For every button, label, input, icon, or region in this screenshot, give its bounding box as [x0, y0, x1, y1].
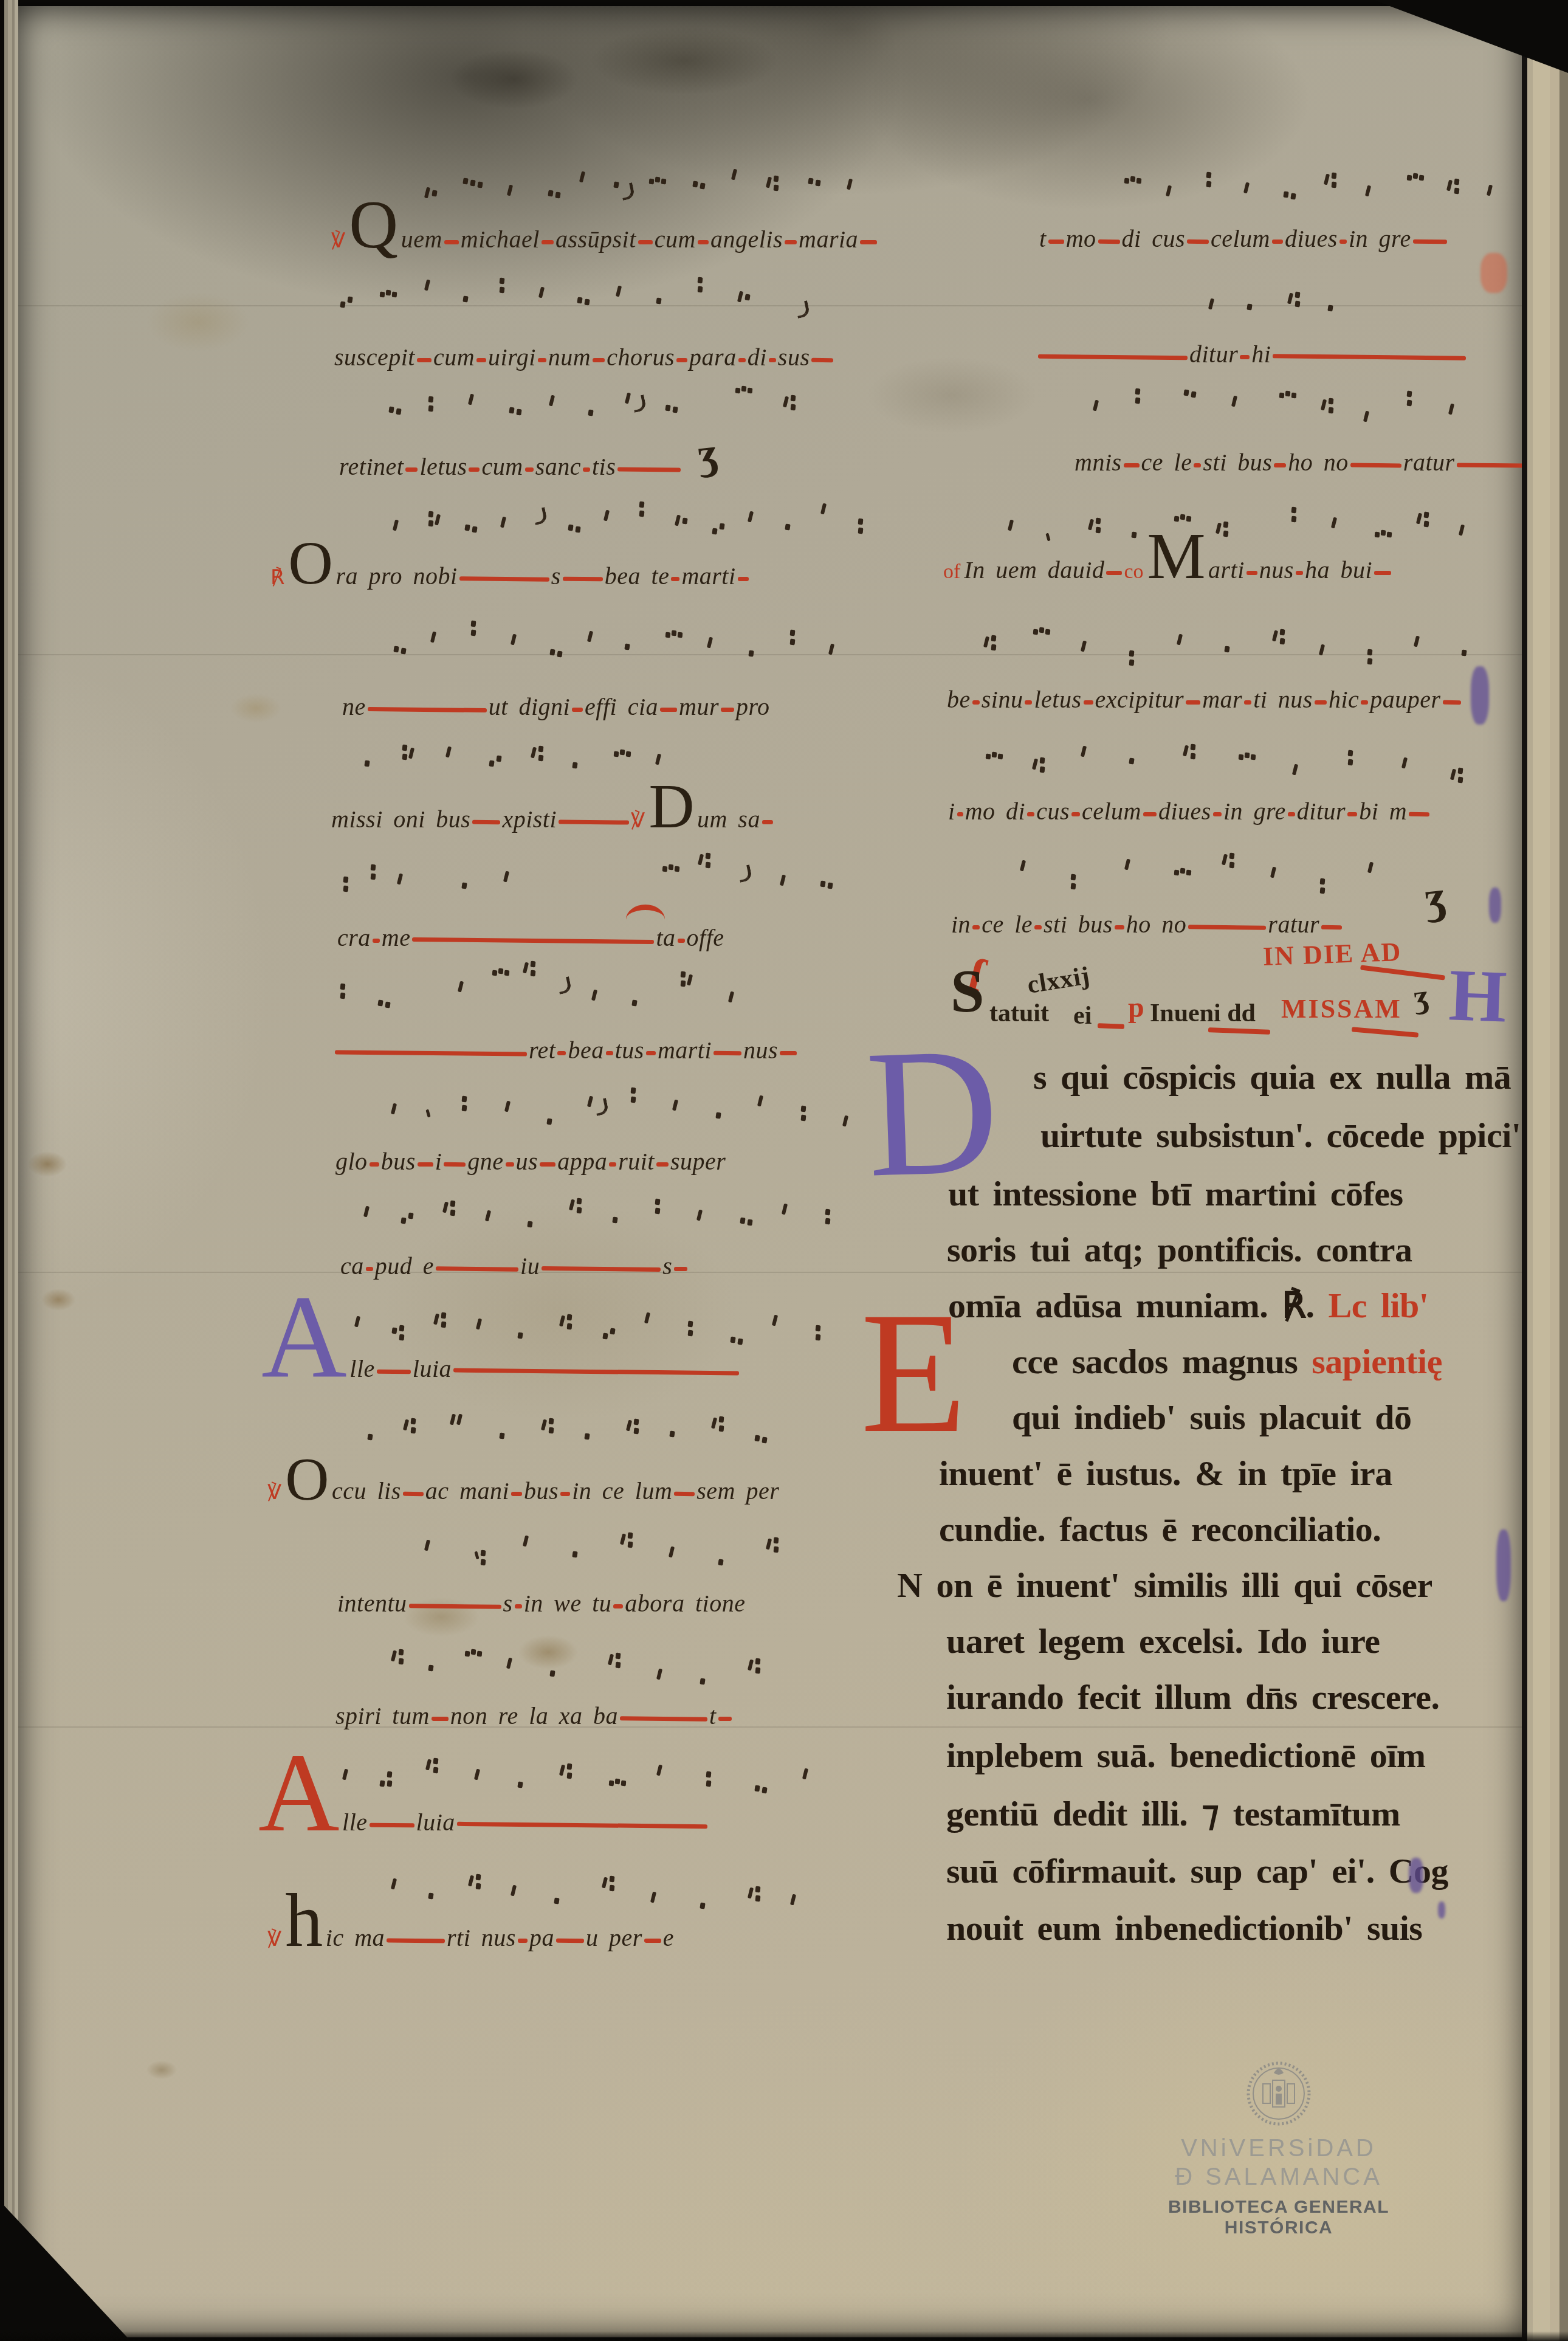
neume-mark: [1424, 521, 1429, 528]
red-extender-line: [572, 708, 583, 712]
manuscript-photo: VNiVERSiDAD Ð SALAMANCA BIBLIOTECA GENER…: [0, 0, 1568, 2341]
stamp-line-1: VNiVERSiDAD: [1140, 2135, 1417, 2162]
neume-mark: [991, 635, 997, 642]
chant-line-left-10: capud eius: [340, 1252, 689, 1280]
neume-mark: [441, 1312, 447, 1319]
neume-mark: [1039, 627, 1045, 633]
prose-initial-D: D: [864, 1038, 1001, 1185]
chant-word: retinet: [339, 453, 404, 480]
neume-mark: [1363, 411, 1369, 422]
neume-mark: [588, 409, 593, 416]
neume-mark: [655, 177, 661, 183]
neume-mark: [712, 528, 717, 534]
chant-word: rti nus: [447, 1924, 516, 1951]
chant-word: bea te: [605, 562, 670, 590]
neume-mark: [650, 1892, 656, 1903]
neume-mark: [737, 291, 743, 303]
neume-mark: [1096, 527, 1101, 534]
chant-word: di cus: [1122, 225, 1185, 252]
neume-mark: [614, 751, 619, 757]
neume-mark: [584, 1433, 590, 1439]
neume-mark: [1243, 182, 1250, 194]
red-extender-line: [1315, 700, 1327, 705]
neume-mark: [672, 1100, 678, 1111]
neume-mark: [820, 503, 827, 515]
neume-mark: [554, 1897, 559, 1904]
neume-mark: [399, 1649, 404, 1656]
rubric-text: Inueni dd: [1150, 1001, 1256, 1026]
neume-mark: [471, 630, 476, 636]
neume-mark: [656, 1765, 662, 1776]
prose-text: ut intessione btī martini cōfes: [948, 1174, 1403, 1213]
neume-mark: [816, 1325, 821, 1332]
neume-mark: [612, 1216, 617, 1223]
chant-word: diues: [1285, 225, 1338, 252]
chant-word: celum: [1082, 798, 1141, 825]
crease-line: [16, 305, 1527, 306]
neume-mark: [1287, 293, 1293, 305]
neume-mark: [1124, 859, 1130, 871]
chant-word: marti: [658, 1036, 712, 1064]
neume-mark: [1088, 519, 1094, 531]
chant-word: ic ma: [326, 1924, 385, 1951]
red-extender-line: [412, 937, 654, 944]
neume-mark: [1272, 630, 1278, 642]
chant-line-left-12: ℣Occu lisac manibusin ce lumsem per: [267, 1477, 779, 1507]
red-extender-line: [721, 708, 734, 712]
neume-mark: [672, 406, 678, 413]
red-extender-line: [518, 1939, 528, 1943]
neume-mark: [639, 511, 645, 517]
neume-mark: [688, 1321, 693, 1328]
red-extender-line: [444, 1162, 466, 1167]
neume-mark: [620, 1534, 626, 1545]
red-extender-line: [542, 240, 554, 244]
neume-mark: [628, 1533, 633, 1539]
neume-mark: [402, 745, 408, 751]
neume-mark: [471, 621, 476, 627]
red-extender-line: [1027, 812, 1034, 816]
neume-mark: [748, 388, 753, 394]
crease-line: [16, 1726, 1527, 1728]
neume-mark: [625, 393, 631, 404]
neume-mark: [696, 1210, 703, 1221]
neume-mark: [1407, 175, 1412, 181]
neume-mark: [549, 395, 555, 407]
chant-word: non re la xa ba: [450, 1702, 618, 1729]
neume-mark: [379, 1780, 385, 1787]
neume-mark: [424, 187, 430, 199]
neume-mark: [748, 511, 754, 523]
neume-mark: [399, 1334, 405, 1341]
neume-mark: [687, 974, 693, 986]
red-extender-line: [377, 1370, 411, 1374]
chant-word: in we tu: [524, 1590, 612, 1617]
neume-mark: [700, 182, 705, 189]
neume-mark: [399, 1325, 405, 1332]
neume-mark: [754, 1785, 760, 1791]
neume-mark: [462, 178, 468, 184]
neume-mark: [1446, 180, 1453, 191]
red-extender-line: [972, 700, 980, 705]
chant-word: ruit: [618, 1148, 655, 1175]
red-extender-line: [1443, 700, 1461, 705]
chant-line-left-13: intentusin we tuabora tione: [337, 1590, 745, 1618]
neume-mark: [1329, 398, 1334, 405]
red-extender-line: [671, 577, 679, 581]
prose-text: iurando fecit illum dn̄s crescere.: [946, 1677, 1440, 1717]
prose-line-4: soris tui atq; pontificis. contra: [947, 1232, 1412, 1268]
prose-text: gentiū dedit illi. ⁊ testamītum: [946, 1794, 1400, 1833]
chant-word: bea: [568, 1036, 603, 1064]
red-extender-line: [1360, 965, 1445, 980]
red-extender-line: [559, 819, 629, 824]
neume-mark: [603, 510, 610, 522]
neume-mark: [442, 1202, 449, 1213]
neume-mark: [465, 1651, 470, 1657]
chant-word: cra: [337, 924, 371, 951]
neume-mark: [1424, 512, 1429, 519]
neume-mark: [757, 1095, 763, 1107]
neume-mark: [433, 1314, 439, 1325]
neume-mark: [698, 277, 703, 284]
red-extender-line: [738, 577, 749, 581]
neume-mark: [1331, 517, 1337, 529]
neume-mark: [559, 1765, 565, 1776]
red-extender-line: [1361, 700, 1368, 705]
ink-blot: [1471, 666, 1489, 725]
neume-mark: [1487, 185, 1493, 196]
chant-word: mnis: [1075, 449, 1122, 476]
neume-mark: [435, 514, 441, 526]
red-extender-line: [556, 1939, 584, 1943]
chant-word: effi cia: [585, 693, 658, 720]
neume-mark: [1020, 860, 1026, 872]
chant-word: hi: [1251, 340, 1271, 368]
chant-word: e: [663, 1924, 674, 1951]
neume-mark: [1270, 867, 1276, 878]
neume-mark: [785, 523, 790, 530]
neume-mark: [1291, 507, 1297, 514]
neume-mark: [364, 760, 370, 767]
red-extender-line: [506, 1162, 514, 1167]
neume-mark: [719, 1426, 724, 1432]
neume-mark: [728, 991, 734, 1003]
neume-mark: [1045, 629, 1051, 635]
neume-mark: [489, 760, 494, 767]
neume-mark: [672, 630, 677, 636]
neume-mark: [1450, 769, 1456, 781]
neume-mark: [1367, 862, 1374, 874]
rubric-text: tatuit: [989, 1001, 1049, 1026]
prose-line-14: gentiū dedit illi. ⁊ testamītum: [946, 1796, 1400, 1832]
neume-mark: [527, 1221, 532, 1227]
chant-word: lle: [342, 1808, 367, 1836]
neume-mark: [1177, 634, 1183, 646]
red-extender-line: [370, 1162, 379, 1167]
neume-mark: [1280, 629, 1285, 636]
neume-mark: [1292, 764, 1298, 776]
neume-mark: [665, 632, 671, 638]
chant-word: xpisti: [502, 805, 557, 833]
neume-mark: [504, 970, 510, 976]
neume-mark: [737, 1338, 743, 1345]
neume-clivis-mark: [620, 182, 636, 201]
neume-mark: [504, 1101, 511, 1112]
chant-word: sem per: [696, 1477, 779, 1505]
neume-mark: [774, 176, 779, 182]
neume-mark: [719, 523, 724, 529]
chant-word: letus: [1034, 686, 1081, 713]
paragraphus-symbol: ʒ: [695, 430, 720, 476]
neume-mark: [783, 396, 789, 408]
red-extender-line: [1083, 700, 1093, 705]
chant-word: cum: [433, 343, 475, 371]
neume-mark: [700, 1902, 705, 1909]
neume-clivis-mark: [557, 976, 573, 995]
chant-word: uem: [401, 226, 442, 253]
neume-mark: [766, 177, 772, 188]
neume-mark: [1320, 888, 1326, 894]
red-extender-line: [698, 240, 709, 244]
neume-mark: [474, 1769, 480, 1781]
neume-mark: [602, 1333, 608, 1339]
neume-mark: [1407, 400, 1412, 407]
neume-mark: [774, 1537, 779, 1544]
red-extender-line: [660, 708, 677, 712]
red-extender-line: [417, 358, 432, 362]
chant-word: In uem dauid: [964, 556, 1104, 584]
neume-mark: [503, 871, 509, 883]
prose-text: omīa adūsa muniam. ℟.: [948, 1286, 1314, 1325]
chant-word: ce le: [982, 911, 1033, 938]
neume-mark: [476, 1883, 481, 1890]
neume-mark: [774, 185, 779, 191]
neume-mark: [816, 1334, 821, 1341]
neume-mark: [858, 528, 864, 534]
neume-mark: [450, 1414, 456, 1426]
chant-word: ce le: [1141, 449, 1192, 476]
chant-line-right-7: ince lesti busho noratur: [951, 911, 1344, 939]
chant-line-right-5: besinuletusexcipiturmarti nushicpauper: [947, 686, 1463, 714]
neume-mark: [445, 746, 452, 758]
neume-mark: [428, 511, 434, 518]
chant-word: suscepit: [334, 343, 415, 371]
neume-mark: [572, 762, 577, 768]
neume-mark: [433, 1767, 439, 1774]
neume-mark: [393, 520, 399, 531]
neume-mark: [842, 1115, 848, 1127]
neume-mark: [1295, 292, 1301, 298]
chant-word: letus: [419, 453, 467, 480]
prose-text: inuent' ē iustus. & in tpīe ira: [939, 1453, 1392, 1493]
neume-mark: [485, 1210, 491, 1222]
neume-mark: [991, 644, 997, 651]
red-extender-line: [609, 1162, 616, 1167]
chant-word: ditur: [1297, 798, 1346, 825]
neume-mark: [774, 1546, 779, 1553]
neume-mark: [1291, 516, 1297, 523]
chant-word: in gre: [1349, 225, 1411, 252]
chant-word: sti bus: [1044, 911, 1113, 938]
neume-mark: [1324, 174, 1330, 185]
chant-word: me: [382, 924, 411, 951]
red-extender-line: [583, 467, 590, 472]
prose-rubric-text: Lc lib': [1314, 1286, 1428, 1325]
neume-mark: [1414, 636, 1420, 647]
neume-mark: [815, 179, 820, 186]
neume-mark: [782, 1204, 788, 1215]
neume-mark: [1208, 298, 1214, 310]
neume-mark: [1458, 768, 1463, 774]
chant-word: bi m: [1359, 798, 1407, 825]
neume-mark: [523, 1536, 529, 1547]
red-extender-line: [1457, 463, 1527, 467]
neume-mark: [1229, 853, 1235, 860]
neume-mark: [649, 179, 655, 185]
chant-word: ho no: [1288, 449, 1349, 476]
red-extender-line: [1374, 571, 1391, 575]
prose-rubric-text: sapientię: [1298, 1342, 1442, 1381]
neume-mark: [347, 296, 352, 303]
neume-mark: [615, 1779, 621, 1785]
neume-mark: [1348, 759, 1353, 766]
chant-word: arti: [1208, 556, 1245, 584]
neume-mark: [616, 286, 622, 297]
neume-mark: [681, 971, 686, 978]
neume-mark: [549, 1427, 554, 1434]
neume-mark: [1180, 868, 1186, 874]
neume-mark: [464, 524, 470, 531]
chant-line-left-14: spiri tumnon re la xa bat: [335, 1702, 734, 1730]
neume-mark: [391, 1327, 397, 1334]
neume-mark: [661, 179, 667, 185]
red-extender-line: [1038, 354, 1188, 360]
neume-clivis-mark: [795, 300, 811, 319]
rubric-text: MISSAM: [1281, 996, 1402, 1022]
neume-mark: [828, 644, 834, 655]
neume-mark: [468, 394, 474, 405]
prose-text: inplebem suā. benedictionē oīm: [946, 1736, 1426, 1775]
neume-mark: [825, 1209, 831, 1216]
neume-mark: [1081, 746, 1087, 757]
neume-mark: [790, 639, 796, 646]
neume-mark: [610, 1328, 615, 1334]
chant-word: di: [748, 343, 767, 371]
neume-mark: [577, 297, 582, 303]
neume-mark: [468, 1875, 474, 1887]
prose-line-6: cce sacdos magnus sapientię: [1012, 1343, 1442, 1380]
red-extender-line: [525, 467, 534, 472]
neume-mark: [1045, 533, 1050, 542]
crease-line: [16, 1272, 1527, 1273]
chant-word: sti bus: [1203, 449, 1272, 476]
chant-word: sanc: [535, 453, 581, 480]
neume-mark: [1224, 646, 1229, 652]
prose-line-1: s qui cōspicis quia ex nulla mā: [1033, 1059, 1511, 1095]
red-extender-line: [811, 358, 833, 362]
neume-mark: [1283, 191, 1288, 198]
book-edge-left: [0, 0, 18, 2341]
chant-word: hic: [1329, 686, 1359, 713]
red-extender-line: [409, 1604, 501, 1609]
prose-line-15: suū cōfirmauit. sup cap' ei'. Cog: [946, 1853, 1448, 1889]
neume-mark: [428, 520, 434, 527]
red-extender-line: [432, 1717, 449, 1721]
chant-word: mo: [1066, 225, 1096, 252]
neume-mark: [620, 750, 625, 756]
red-extender-line: [613, 1604, 623, 1608]
red-extender-line: [1194, 463, 1201, 467]
neume-mark: [461, 882, 467, 889]
neume-mark: [628, 1542, 633, 1548]
chant-word: glo: [335, 1148, 368, 1175]
neume-mark: [1329, 407, 1334, 414]
neume-mark: [538, 746, 544, 753]
red-extender-line: [1187, 240, 1209, 244]
neume-mark: [1096, 518, 1101, 525]
neume-mark: [1206, 181, 1212, 188]
neume-mark: [476, 1874, 481, 1881]
neume-mark: [1367, 658, 1373, 665]
chant-word: i: [435, 1148, 442, 1175]
red-extender-line: [1106, 571, 1122, 575]
chant-word: michael: [461, 226, 540, 253]
chant-word: uirgi: [488, 343, 536, 371]
red-extender-line: [638, 240, 653, 244]
neume-mark: [1166, 185, 1172, 197]
neume-mark: [401, 1217, 406, 1224]
prose-text: nouit eum inbenedictionib' suis: [946, 1908, 1422, 1948]
neume-mark: [500, 517, 506, 528]
neume-mark: [549, 649, 555, 655]
red-extender-line: [542, 1266, 661, 1272]
rubric-text: ei: [1073, 1003, 1092, 1029]
prose-text: cce sacdos magnus: [1012, 1342, 1298, 1381]
neume-mark: [602, 1877, 608, 1889]
red-extender-line: [453, 1368, 739, 1376]
neume-mark: [387, 1781, 393, 1787]
chant-word: pauper: [1370, 686, 1440, 713]
chant-word: ut digni: [489, 693, 570, 720]
red-extender-line: [1071, 812, 1080, 816]
neume-mark: [517, 1781, 523, 1788]
prose-line-16: nouit eum inbenedictionib' suis: [946, 1910, 1422, 1946]
chant-word: para: [689, 343, 737, 371]
neume-mark: [538, 755, 544, 762]
chant-line-left-15: Alleluia: [258, 1793, 709, 1836]
neume-mark: [626, 751, 631, 757]
neume-mark: [847, 179, 853, 190]
rubric-text: IN DIE AD: [1262, 939, 1402, 970]
neume-mark: [340, 993, 346, 999]
red-extender-line: [1240, 355, 1250, 359]
paragraphus-symbol: ʒ: [1422, 873, 1448, 921]
neume-mark: [631, 1088, 636, 1094]
chant-word: s: [503, 1590, 513, 1617]
neume-mark: [1223, 531, 1229, 537]
neume-mark: [747, 1219, 752, 1226]
chant-word: intentu: [337, 1590, 407, 1617]
neume-mark: [621, 1781, 627, 1787]
neume-mark: [567, 1773, 573, 1779]
neume-mark: [1320, 878, 1326, 885]
rubric-text: p: [1128, 993, 1144, 1022]
neume-mark: [808, 178, 813, 184]
neume-mark: [509, 407, 514, 413]
red-extender-line: [738, 358, 746, 362]
neume-mark: [371, 864, 376, 871]
